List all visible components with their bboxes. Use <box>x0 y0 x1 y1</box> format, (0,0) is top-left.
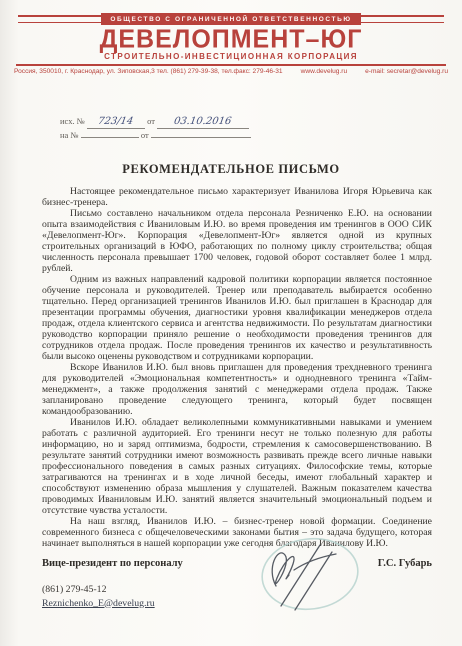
incoming-from-label: от <box>141 130 149 140</box>
outgoing-from-label: от <box>147 116 155 126</box>
incoming-ref-date-blank <box>151 137 251 138</box>
company-logo-text: ДЕВЕЛОПМЕНТ–ЮГ <box>0 25 462 52</box>
reference-block: исх. № 723/14 от 03.10.2016 на № от <box>60 115 462 142</box>
incoming-ref-line: на № от <box>60 129 462 142</box>
paragraph: Письмо составлено начальником отдела пер… <box>42 208 432 274</box>
signature-area: Вице-президент по персоналу Г.С. Губарь <box>0 558 462 569</box>
paragraph: Одним из важных направлений кадровой пол… <box>42 274 432 362</box>
contact-block: (861) 279-45-12 Reznichenko_E@develug.ru <box>42 583 462 611</box>
contact-phone: (861) 279-45-12 <box>42 583 462 597</box>
banner-row: ОБЩЕСТВО С ОГРАНИЧЕННОЙ ОТВЕТСТВЕННОСТЬЮ <box>18 13 444 25</box>
company-legal-form: ОБЩЕСТВО С ОГРАНИЧЕННОЙ ОТВЕТСТВЕННОСТЬЮ <box>101 13 360 25</box>
signer-name: Г.С. Губарь <box>378 558 432 569</box>
banner-rule-right <box>361 15 444 23</box>
paragraph: На наш взгляд, Иванилов И.Ю. – бизнес-тр… <box>42 516 432 549</box>
contact-email-link[interactable]: Reznichenko_E@develug.ru <box>42 597 462 611</box>
outgoing-ref-label: исх. № <box>60 116 85 126</box>
letter-title: РЕКОМЕНДАТЕЛЬНОЕ ПИСЬМО <box>0 162 462 177</box>
banner-rule-left <box>18 15 101 23</box>
paragraph: Настоящее рекомендательное письмо характ… <box>42 186 432 208</box>
incoming-ref-label: на № <box>60 130 79 140</box>
company-website: www.develug.ru <box>301 68 348 75</box>
outgoing-ref-line: исх. № 723/14 от 03.10.2016 <box>60 115 462 129</box>
company-address: Россия, 350010, г. Краснодар, ул. Зиповс… <box>14 68 283 75</box>
address-row: Россия, 350010, г. Краснодар, ул. Зиповс… <box>14 68 448 75</box>
letter-body: Настоящее рекомендательное письмо характ… <box>42 186 432 549</box>
company-email: e-mail: secretar@develug.ru <box>365 68 448 75</box>
signature-row: Вице-президент по персоналу Г.С. Губарь <box>42 558 432 569</box>
paragraph: Иванилов И.Ю. обладает великолепными ком… <box>42 417 432 516</box>
incoming-ref-number-blank <box>81 137 139 138</box>
letterhead: ОБЩЕСТВО С ОГРАНИЧЕННОЙ ОТВЕТСТВЕННОСТЬЮ… <box>0 0 462 75</box>
outgoing-ref-number: 723/14 <box>87 115 145 129</box>
header-divider <box>16 64 446 66</box>
signer-position: Вице-президент по персоналу <box>42 558 183 569</box>
paragraph: Вскоре Иванилов И.Ю. был вновь приглашен… <box>42 362 432 417</box>
outgoing-ref-date: 03.10.2016 <box>157 115 249 129</box>
